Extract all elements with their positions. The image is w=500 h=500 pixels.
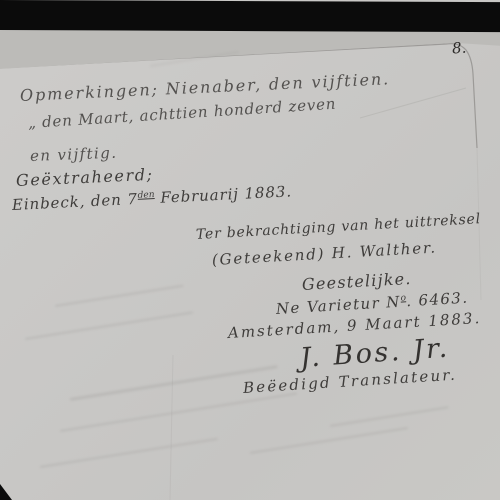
bleedthrough-stroke — [250, 427, 408, 454]
line-text: . 6463. — [406, 289, 469, 311]
handwritten-line-en-vijftig: en vijftig. — [30, 144, 118, 165]
handwritten-line-geteekend-walther: (Geteekend) H. Walther. — [211, 238, 437, 269]
under-sheet-strip — [0, 29, 500, 71]
handwritten-line-geestelijke: Geestelijke. — [301, 269, 412, 294]
bleedthrough-stroke — [330, 406, 449, 427]
bleedthrough-stroke — [40, 438, 218, 468]
handwritten-line-bekrachtiging: Ter bekrachtiging van het uittreksel — [196, 211, 482, 243]
bleedthrough-stroke — [60, 392, 297, 432]
handwritten-line-geextraheerd: Geëxtraheerd; — [16, 165, 154, 190]
scan-border-bottom-left — [0, 484, 12, 500]
bleedthrough-stroke — [25, 311, 193, 340]
ordinal-superscript: den — [137, 190, 154, 201]
bleedthrough-stroke — [55, 285, 184, 307]
scanned-document: 8. Opmerkingen; Nienaber, den vijftien. … — [0, 0, 500, 500]
line-text: Einbeck, den 7 — [12, 190, 139, 214]
page-number: 8. — [451, 39, 467, 58]
scan-border-top — [0, 0, 500, 32]
line-text: Februarij 1883. — [154, 182, 292, 207]
